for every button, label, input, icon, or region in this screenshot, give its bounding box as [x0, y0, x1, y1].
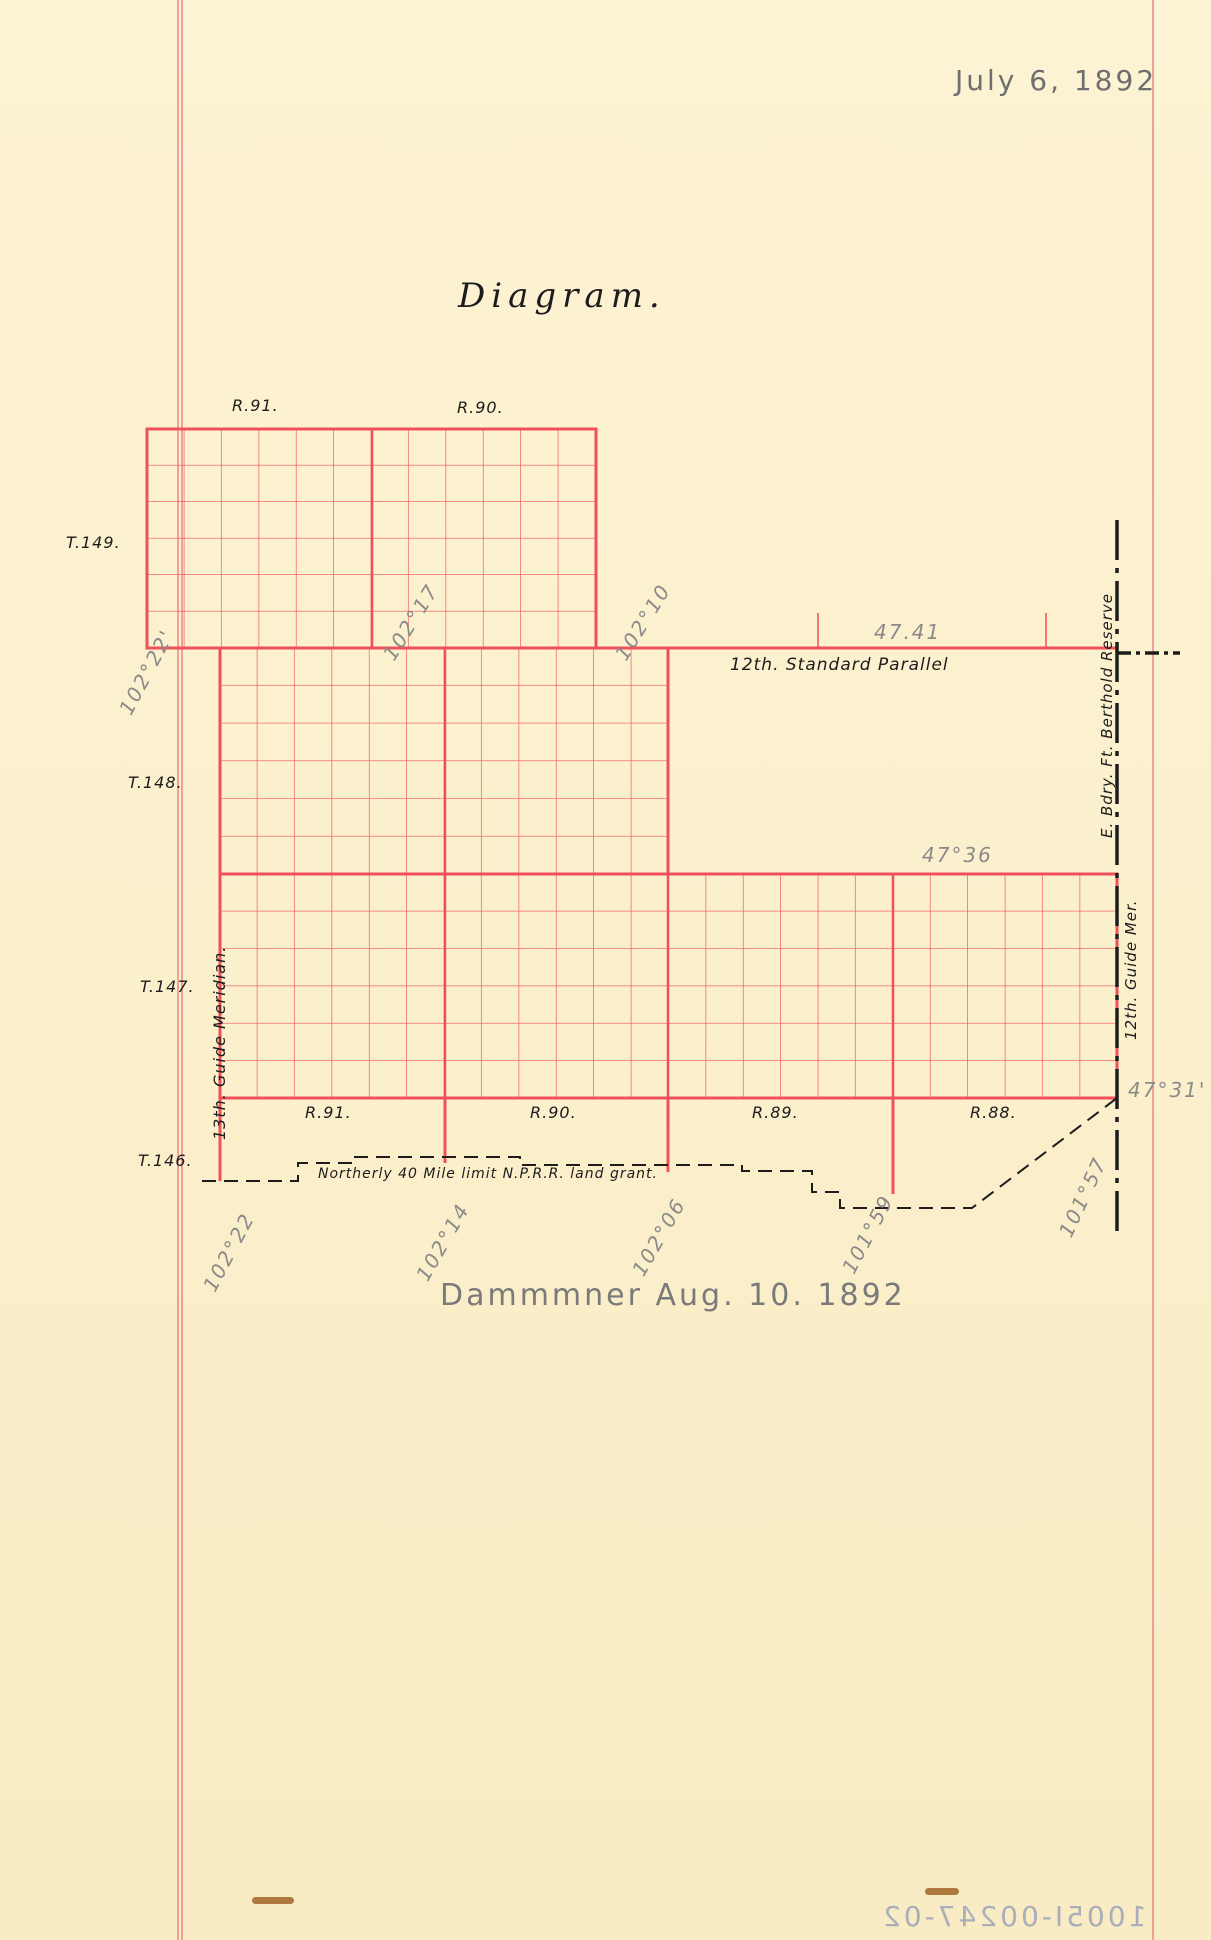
survey-diagram-sheet: July 6, 1892 Diagram. R.91. R.90. T.149.… [0, 0, 1211, 1940]
guide-meridian-east-label: 12th. Guide Mer. [1122, 899, 1140, 1040]
township-label-t146: T.146. [138, 1151, 193, 1170]
range-label-r91-top: R.91. [232, 396, 279, 415]
measurement-t147-se-corner: 47°31' [1128, 1078, 1206, 1102]
township-label-t148: T.148. [128, 773, 183, 792]
range-label-r91-bottom: R.91. [305, 1103, 352, 1122]
township-label-t147: T.147. [140, 977, 195, 996]
range-label-r90-top: R.90. [457, 398, 504, 417]
guide-meridian-west-label: 13th. Guide Meridian. [210, 946, 229, 1140]
standard-parallel-label: 12th. Standard Parallel [730, 655, 949, 675]
range-label-r88-bottom: R.88. [970, 1103, 1017, 1122]
date-top-right: July 6, 1892 [955, 64, 1157, 97]
measurement-parallel-length: 47.41 [874, 620, 941, 644]
measurement-t147-north: 47°36 [922, 843, 993, 867]
land-grant-limit-label: Northerly 40 Mile limit N.P.R.R. land gr… [318, 1166, 658, 1182]
page-title: Diagram. [458, 276, 666, 316]
catalog-number-bleedthrough: 1005I-00247-02 [880, 1900, 1146, 1933]
reserve-boundary-line [1117, 520, 1180, 1238]
ink-stain [252, 1897, 294, 1904]
reserve-boundary-label: E. Bdry. Ft. Berthold Reserve [1098, 593, 1116, 838]
ink-stain [925, 1888, 959, 1895]
township-label-t149: T.149. [66, 533, 121, 552]
range-label-r89-bottom: R.89. [752, 1103, 799, 1122]
range-label-r90-bottom: R.90. [530, 1103, 577, 1122]
approval-note: Dammmner Aug. 10. 1892 [440, 1278, 906, 1313]
catalog-number: 1005I-00247-02 [880, 1900, 1146, 1933]
